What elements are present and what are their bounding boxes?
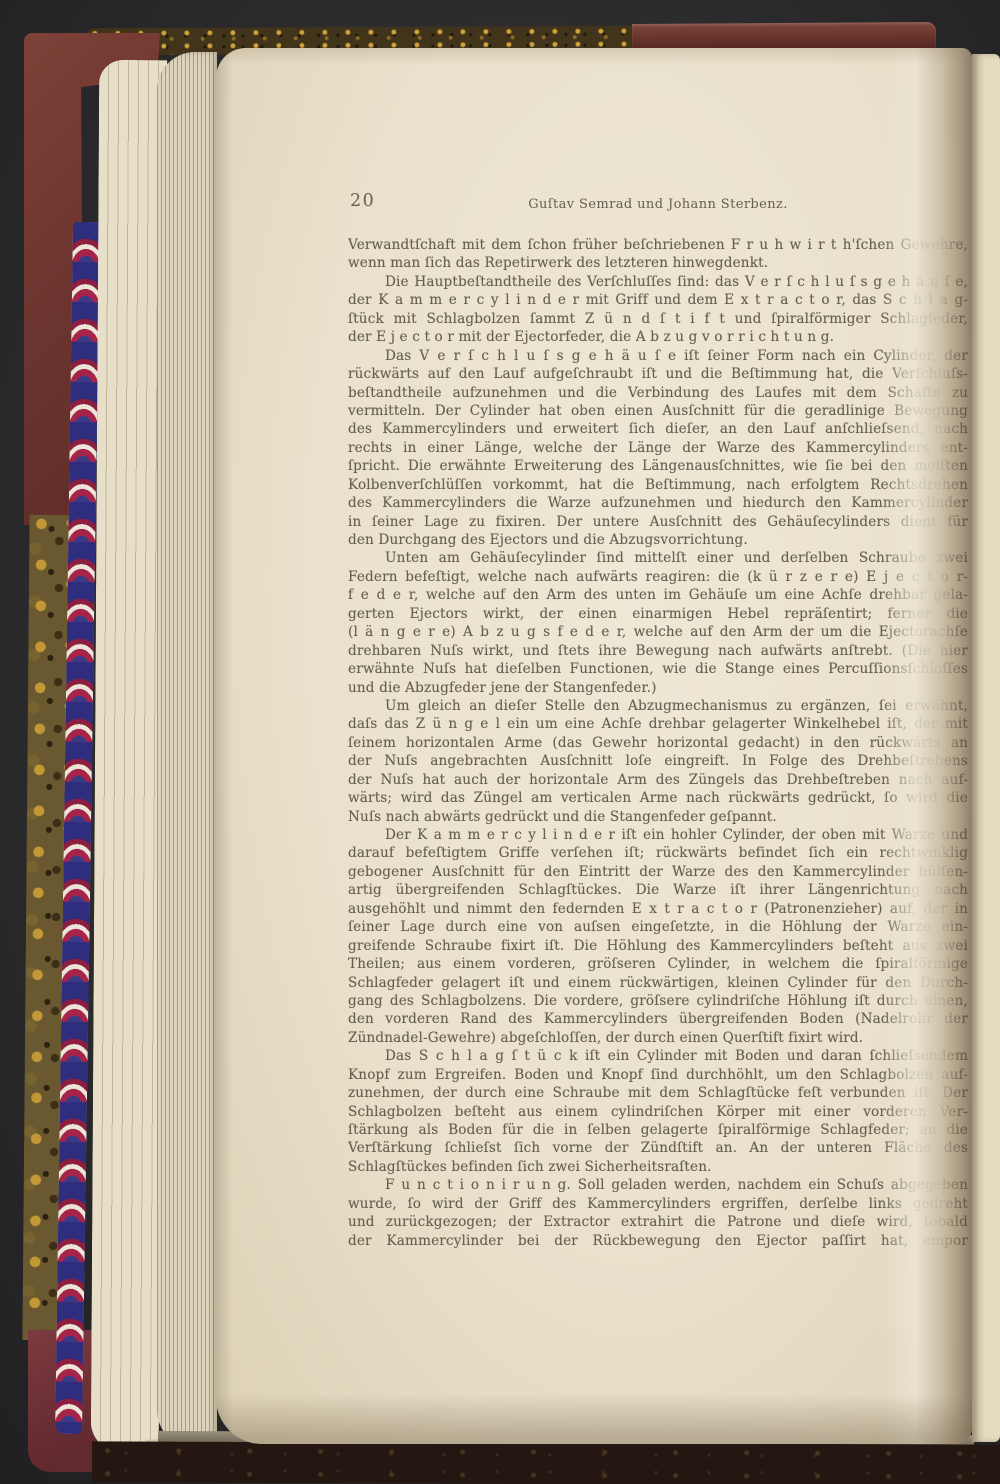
text-line: vermitteln. Der Cylinder hat oben einen … [348, 402, 968, 420]
text-line: gebogener Ausſchnitt für den Eintritt de… [348, 863, 968, 881]
page-stack-outer [91, 60, 168, 1452]
text-line: der Nuſs angebrachten Ausſchnitt loſe ei… [348, 752, 968, 770]
text-line: erwähnte Nuſs hat dieſelben Functionen, … [348, 660, 968, 678]
text-line: greifende Schraube fixirt iſt. Die Höhlu… [348, 937, 968, 955]
text-line: gang des Schlagbolzens. Die vordere, grö… [348, 992, 968, 1010]
text-line: darauf befeſtigtem Griffe verſehen iſt; … [348, 844, 968, 862]
text-line: den vorderen Rand des Kammercylinders üb… [348, 1010, 968, 1028]
text-line: zunehmen, der durch eine Schraube mit de… [348, 1084, 968, 1102]
text-line: gerten Ejectors wirkt, der einen einarmi… [348, 605, 968, 623]
book-cover-bottom-edge [92, 1441, 1000, 1484]
text-line: der K a m m e r c y l i n d e r mit Grif… [348, 291, 968, 309]
page-body: Verwandtſchaft mit dem ſchon früher beſc… [348, 236, 968, 1256]
text-line: ſeiner Lage durch eine von auſsen eingeſ… [348, 918, 968, 936]
text-line: und die Abzugfeder jene der Stangenfeder… [348, 679, 968, 697]
text-line: der Kammercylinder bei der Rückbewegung … [348, 1232, 968, 1250]
text-line: ſtück mit Schlagbolzen ſammt Z ü n d ſ t… [348, 310, 968, 328]
text-line: Federn befeſtigt, welche nach aufwärts r… [348, 568, 968, 586]
text-line: Unten am Gehäuſecylinder ſind mittelſt e… [348, 549, 968, 567]
text-line: (l ä n g e r e) A b z u g s f e d e r, w… [348, 623, 968, 641]
text-line: f e d e r, welche auf den Arm des unten … [348, 586, 968, 604]
text-line: des Kammercylinders und erweitert ſich d… [348, 420, 968, 438]
text-line: artig übergreifenden Schlagſtückes. Die … [348, 881, 968, 899]
text-line: in ſeiner Lage zu fixiren. Der untere Au… [348, 513, 968, 531]
text-line: Theilen; aus einem vorderen, gröſseren C… [348, 955, 968, 973]
book-page: 20 Guſtav Semrad und Johann Sterbenz. Ve… [216, 48, 972, 1444]
text-line: Das V e r ſ c h l u ſ s g e h ä u ſ e iſ… [348, 347, 968, 365]
text-line: Schlagbolzen beſteht aus einem cylindriſ… [348, 1103, 968, 1121]
text-line: der Nuſs hat auch der horizontale Arm de… [348, 771, 968, 789]
text-line: und zurückgezogen; der Extractor extrahi… [348, 1213, 968, 1231]
text-line: den Durchgang des Ejectors und die Abzug… [348, 531, 968, 549]
page-number: 20 [350, 191, 375, 211]
text-line: Kolbenverſchlüſſen vorkommt, hat die Beſ… [348, 476, 968, 494]
text-line: Die Hauptbeſtandtheile des Verſchluſſes … [348, 273, 968, 291]
text-line: F u n c t i o n i r u n g. Soll geladen … [348, 1176, 968, 1194]
text-line: ſpricht. Die erwähnte Erweiterung des Lä… [348, 457, 968, 475]
text-line: wurde, ſo wird der Griff des Kammercylin… [348, 1195, 968, 1213]
text-line: wärts; wird das Züngel am verticalen Arm… [348, 789, 968, 807]
text-line: Verſtärkung ſchlieſst ſich vorne der Zün… [348, 1139, 968, 1157]
text-line: ſeinem horizontalen Arme (das Gewehr hor… [348, 734, 968, 752]
text-line: Schlagfeder gelagert iſt und einem rückw… [348, 974, 968, 992]
text-line: rechts in einer Länge, welche der Länge … [348, 439, 968, 457]
page-header: 20 Guſtav Semrad und Johann Sterbenz. [348, 197, 968, 219]
underlying-page-edge-right [972, 54, 1000, 1442]
text-line: Knopf zum Ergreifen. Boden und Knopf ſin… [348, 1066, 968, 1084]
text-line: Um gleich an dieſer Stelle den Abzugmech… [348, 697, 968, 715]
text-line: drehbaren Nuſs wirkt, und ſtets ihre Bew… [348, 642, 968, 660]
text-line: Zündnadel-Gewehre) abgeſchloſſen, der du… [348, 1029, 968, 1047]
text-line: daſs das Z ü n g e l ein um eine Achſe d… [348, 715, 968, 733]
text-line: Schlagſtückes befinden ſich zwei Sicherh… [348, 1158, 968, 1176]
text-line: Verwandtſchaft mit dem ſchon früher beſc… [348, 236, 968, 254]
text-line: des Kammercylinders die Warze aufzunehme… [348, 494, 968, 512]
text-line: rückwärts auf den Lauf aufgeſchraubt iſt… [348, 365, 968, 383]
text-line: ausgehöhlt und nimmt den federnden E x t… [348, 900, 968, 918]
text-line: Nuſs nach abwärts gedrückt und die Stang… [348, 808, 968, 826]
text-line: wenn man ſich das Repetirwerk des letzte… [348, 254, 968, 272]
text-line: ſtärkung als Boden für die in ſelben gel… [348, 1121, 968, 1139]
text-line: Das S c h l a g ſ t ü c k iſt ein Cylind… [348, 1047, 968, 1065]
page-stack-inner [157, 52, 217, 1448]
text-line: beſtandtheile aufzunehmen und die Verbin… [348, 384, 968, 402]
text-line: Der K a m m e r c y l i n d e r iſt ein … [348, 826, 968, 844]
text-line: der E j e c t o r mit der Ejectorfeder, … [348, 328, 968, 346]
running-header: Guſtav Semrad und Johann Sterbenz. [348, 197, 968, 212]
